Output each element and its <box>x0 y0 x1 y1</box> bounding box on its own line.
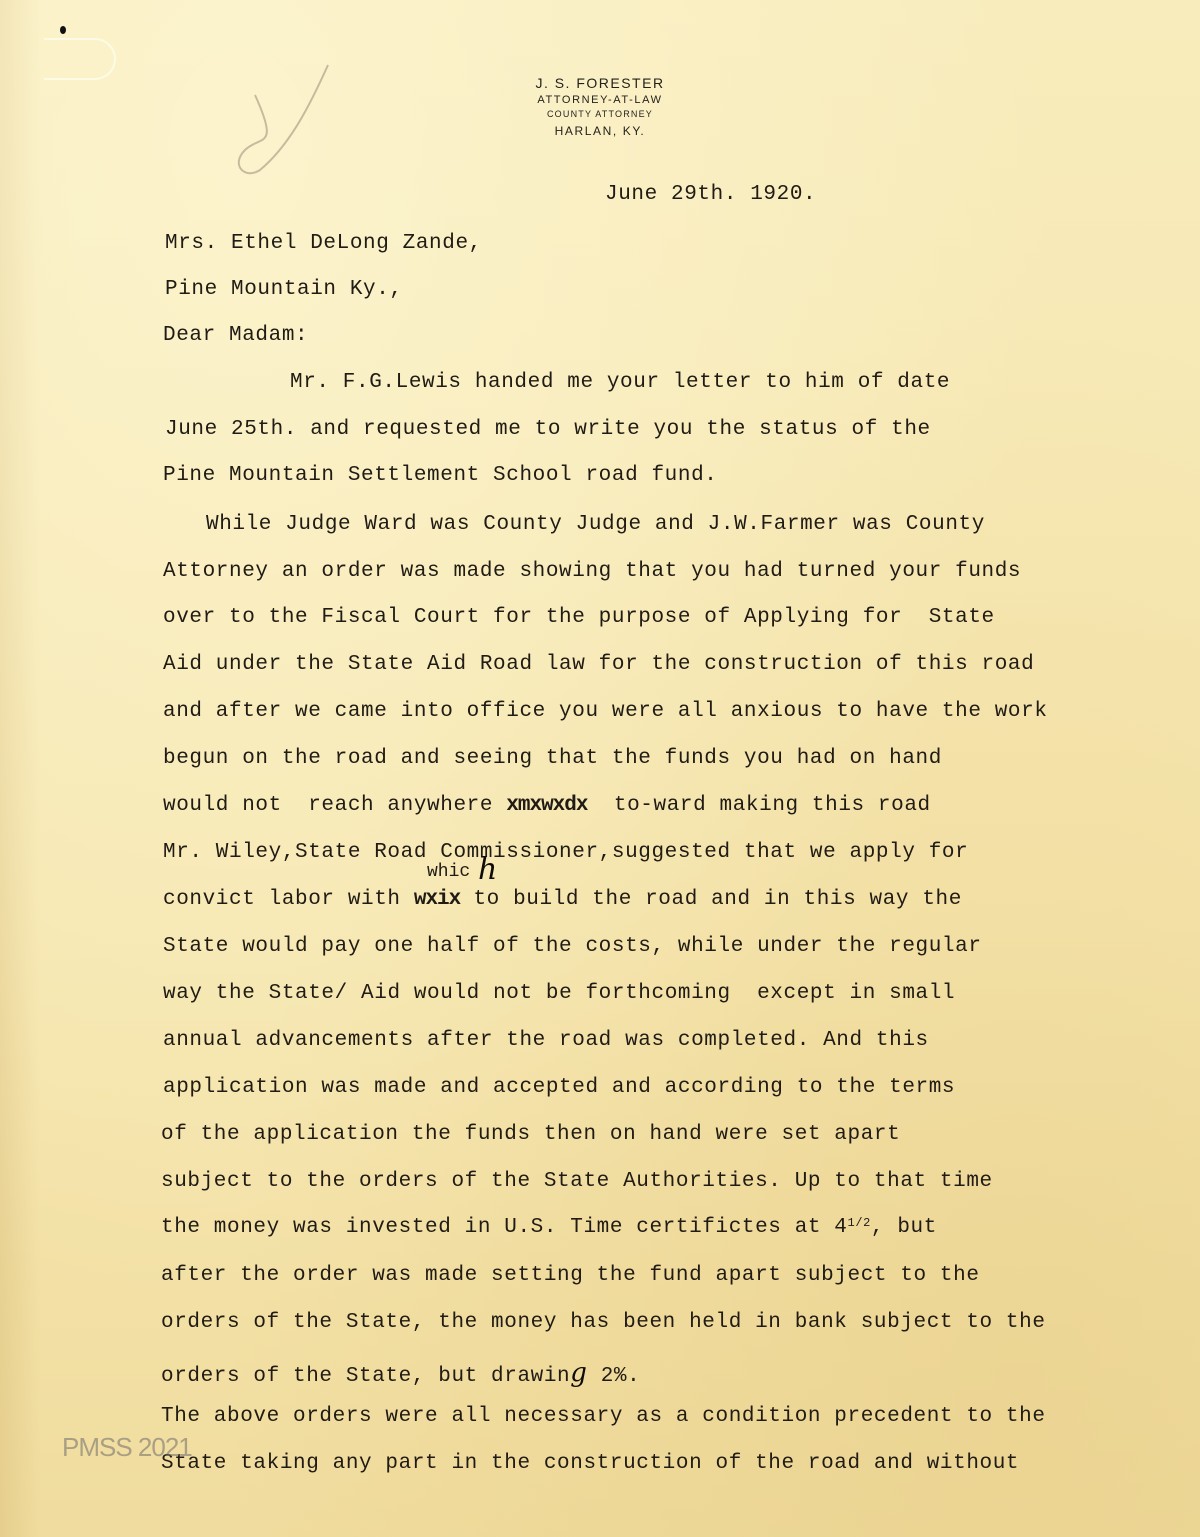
handwritten-correction: g <box>570 1358 587 1388</box>
body-line: State taking any part in the constructio… <box>161 1452 1019 1475</box>
line-text: would not reach anywhere <box>163 794 493 817</box>
body-line: State would pay one half of the costs, w… <box>163 935 982 958</box>
body-line: orders of the State, the money has been … <box>161 1311 1046 1334</box>
body-line: Mr. Wiley,State Road Commissioner,sugges… <box>163 841 968 864</box>
body-line: June 25th. and requested me to write you… <box>165 418 931 441</box>
line-text: 2%. <box>588 1365 641 1388</box>
body-line: orders of the State, but drawing 2%. <box>161 1358 640 1388</box>
body-line: subject to the orders of the State Autho… <box>161 1170 993 1193</box>
salutation: Dear Madam: <box>163 324 308 347</box>
archive-watermark: PMSS 2021 <box>62 1432 192 1463</box>
struck-text: xmxwxdx <box>506 794 587 817</box>
struck-text: wxix <box>414 888 460 911</box>
line-text: convict labor with <box>163 888 401 911</box>
body-line: application was made and accepted and ac… <box>163 1076 955 1099</box>
body-line: While Judge Ward was County Judge and J.… <box>206 513 985 536</box>
line-text: to build the road and in this way the <box>460 888 962 911</box>
body-line: annual advancements after the road was c… <box>163 1029 929 1052</box>
recipient-name: Mrs. Ethel DeLong Zande, <box>165 232 482 255</box>
body-line: after the order was made setting the fun… <box>161 1264 980 1287</box>
slash-correction: / <box>335 982 348 1005</box>
line-text: , but <box>871 1216 937 1239</box>
line-text: Aid would not be forthcoming except in s… <box>348 982 955 1005</box>
body-line: Attorney an order was made showing that … <box>163 560 1021 583</box>
letterhead-title: ATTORNEY-AT-LAW <box>480 92 720 108</box>
body-line: begun on the road and seeing that the fu… <box>163 747 942 770</box>
line-text: the money was invested in U.S. Time cert… <box>161 1216 848 1239</box>
pencil-annotation-icon <box>220 55 340 185</box>
body-line: Mr. F.G.Lewis handed me your letter to h… <box>290 371 950 394</box>
handwritten-correction: h <box>478 852 498 887</box>
interlinear-correction: whic <box>427 862 470 882</box>
body-line: Pine Mountain Settlement School road fun… <box>163 464 718 487</box>
letterhead: J. S. FORESTER ATTORNEY-AT-LAW COUNTY AT… <box>480 74 720 141</box>
body-line: Aid under the State Aid Road law for the… <box>163 653 1034 676</box>
line-text: orders of the State, but drawin <box>161 1365 570 1388</box>
fraction: 1/2 <box>848 1216 871 1230</box>
body-line: over to the Fiscal Court for the purpose… <box>163 606 995 629</box>
line-text: way the State <box>163 982 335 1005</box>
body-line: The above orders were all necessary as a… <box>161 1405 1046 1428</box>
paperclip-impression <box>44 38 116 80</box>
body-line: the money was invested in U.S. Time cert… <box>161 1216 937 1239</box>
recipient-address: Pine Mountain Ky., <box>165 278 403 301</box>
letterhead-city: HARLAN, KY. <box>480 121 720 141</box>
ink-spot <box>60 26 66 34</box>
body-line: way the State/ Aid would not be forthcom… <box>163 982 955 1005</box>
letterhead-name: J. S. FORESTER <box>480 74 720 92</box>
letter-date: June 29th. 1920. <box>605 183 816 206</box>
line-text: to-ward making this road <box>587 794 930 817</box>
body-line: convict labor with wxix to build the roa… <box>163 888 962 911</box>
body-line: of the application the funds then on han… <box>161 1123 900 1146</box>
letterhead-subtitle: COUNTY ATTORNEY <box>480 108 720 121</box>
body-line: would not reach anywhere xmxwxdx to-ward… <box>163 794 931 817</box>
body-line: and after we came into office you were a… <box>163 700 1048 723</box>
